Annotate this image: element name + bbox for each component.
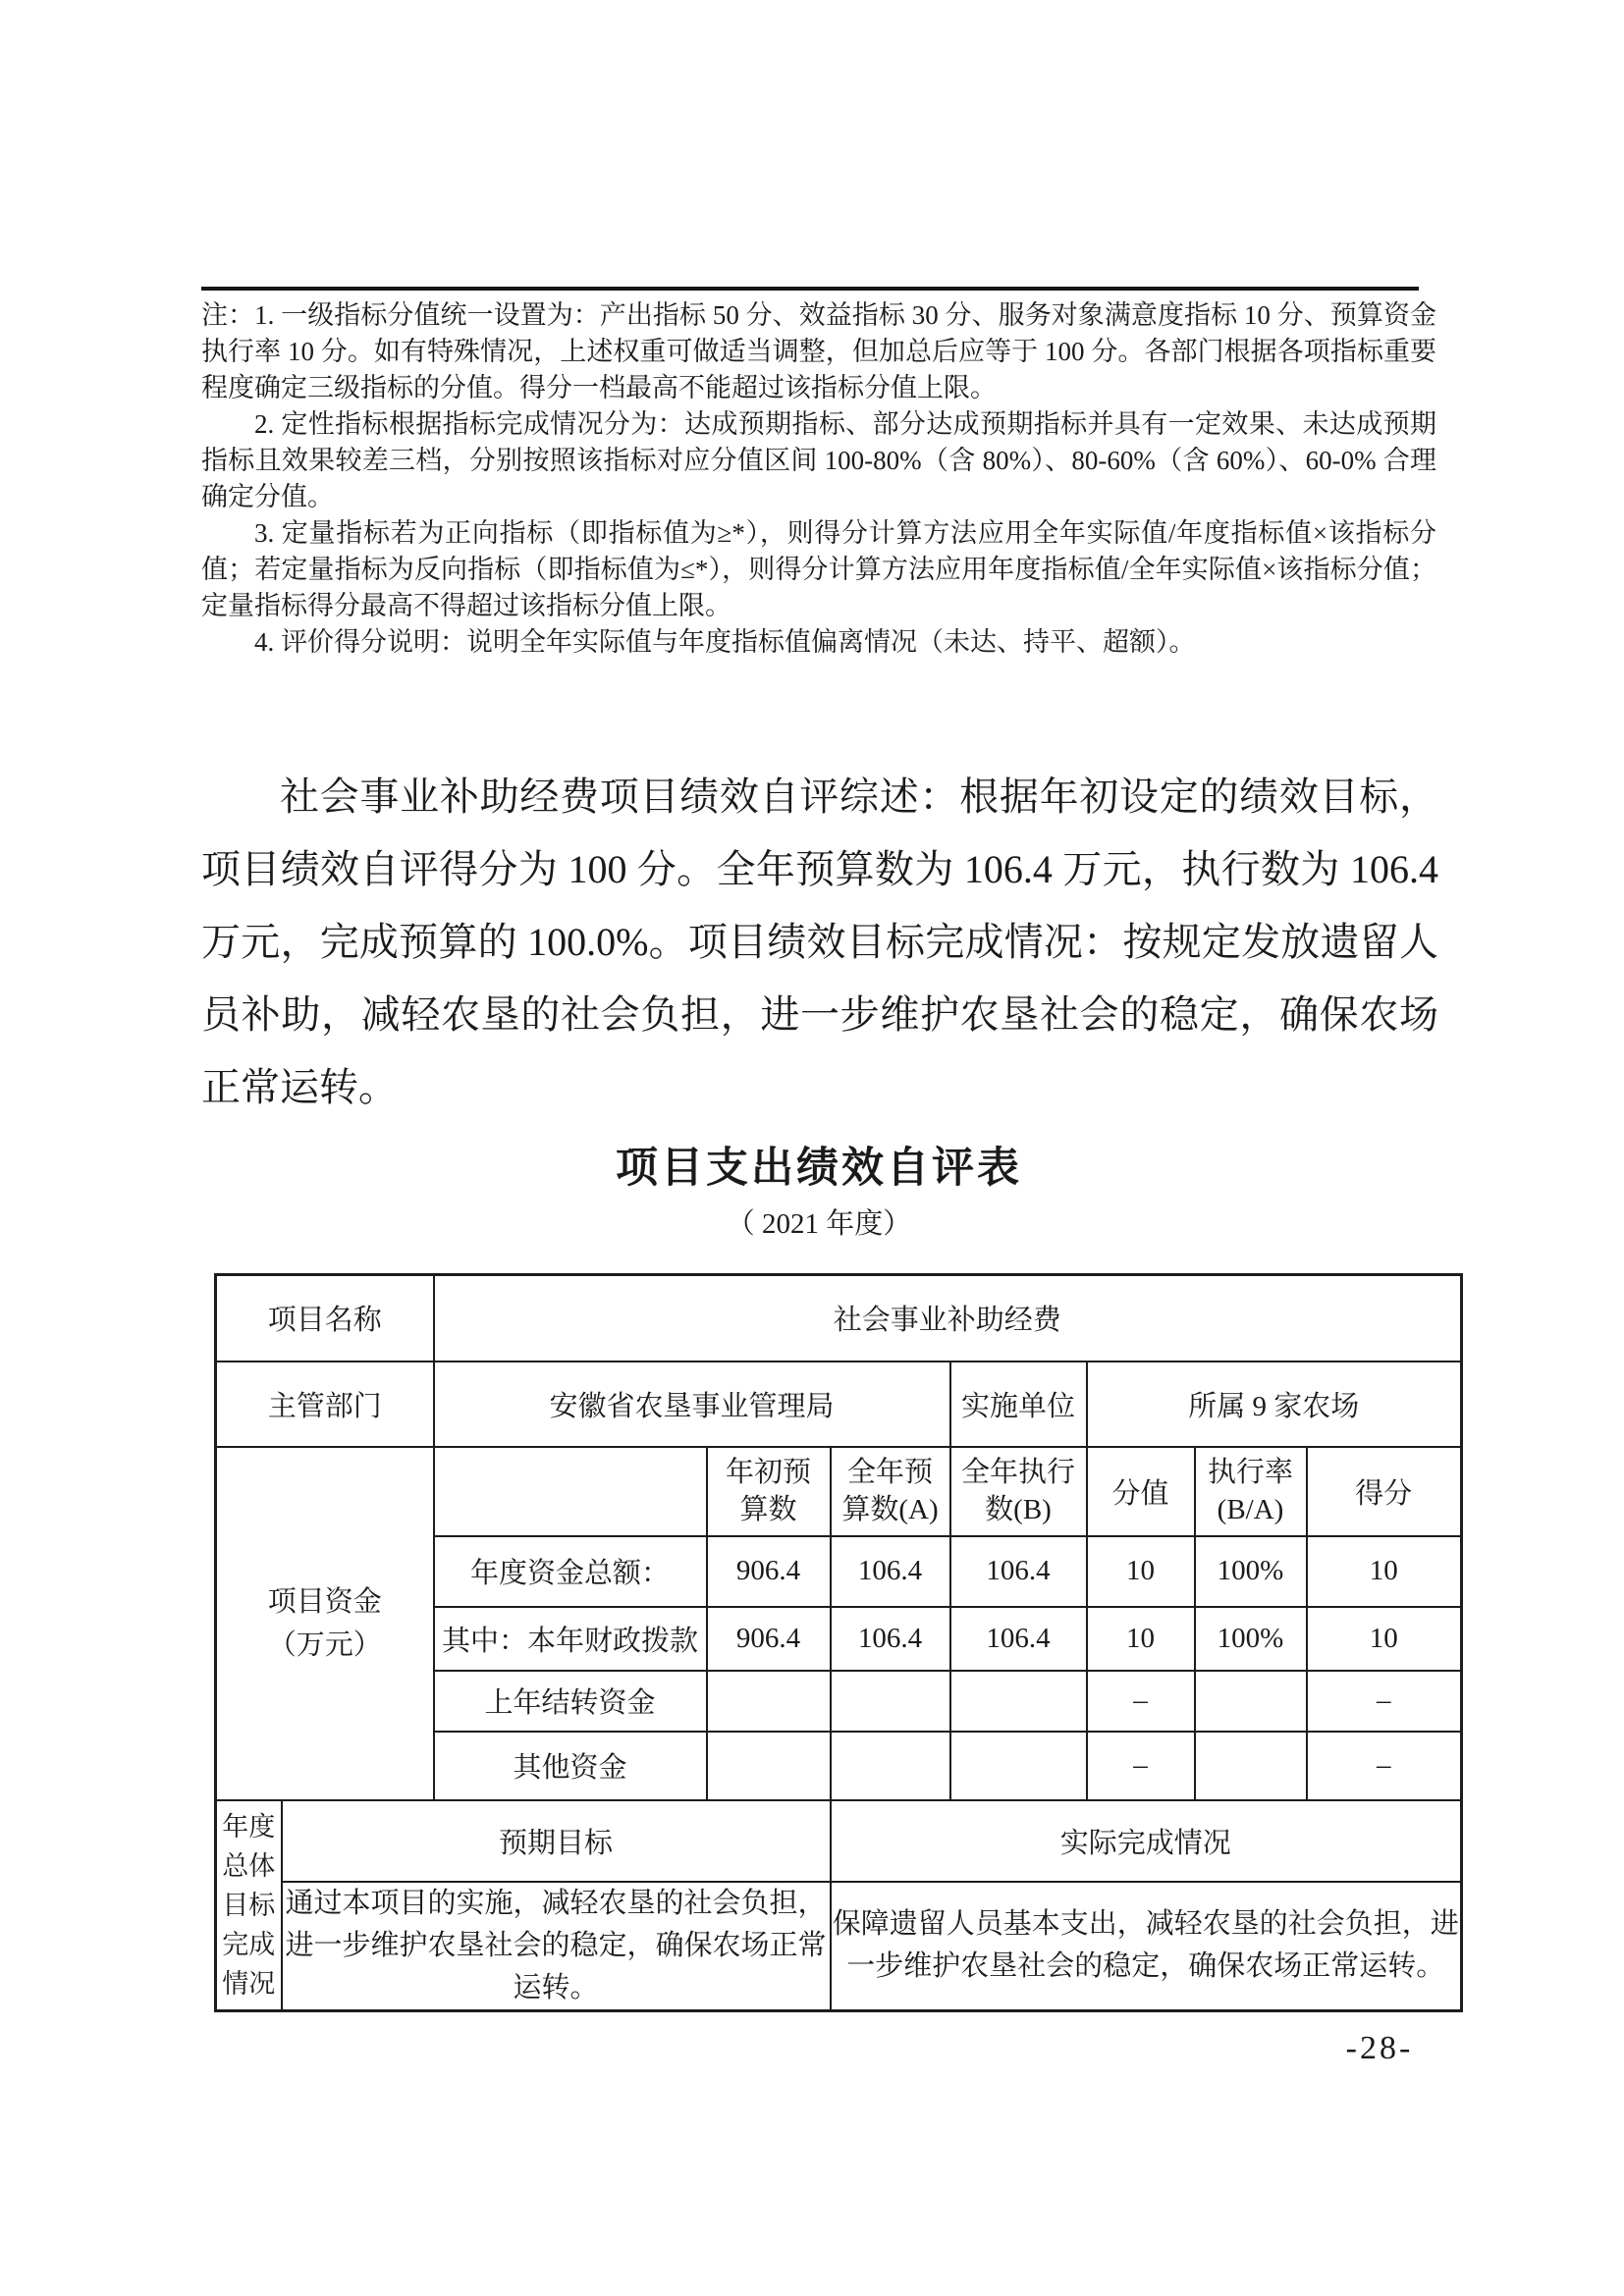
header-initial-budget: 年初预 算数 [707,1447,831,1536]
summary-paragraph: 社会事业补助经费项目绩效自评综述：根据年初设定的绩效目标，项目绩效自评得分为 1… [201,761,1438,1124]
fund-cell-score: – [1307,1671,1462,1732]
fund-row-label: 其中：本年财政拨款 [434,1607,707,1671]
fund-row-label: 年度资金总额： [434,1536,707,1607]
self-evaluation-table: 项目名称 社会事业补助经费 主管部门 安徽省农垦事业管理局 实施单位 所属 9 … [214,1273,1463,2012]
dept-label-cell: 主管部门 [216,1362,434,1447]
project-name-label-cell: 项目名称 [216,1275,434,1362]
table-subtitle: （ 2021 年度） [201,1201,1436,1242]
note-item-2: 2. 定性指标根据指标完成情况分为：达成预期指标、部分达成预期指标并具有一定效果… [201,406,1436,515]
header-rate: 执行率 (B/A) [1195,1447,1307,1536]
fund-cell-annual: 106.4 [831,1607,950,1671]
note-item-3: 3. 定量指标若为正向指标（即指标值为≥*），则得分计算方法应用全年实际值/年度… [201,515,1436,624]
notes-section: 注：1. 一级指标分值统一设置为：产出指标 50 分、效益指标 30 分、服务对… [201,297,1436,661]
expected-text-cell: 通过本项目的实施，减轻农垦的社会负担，进一步维护农垦社会的稳定，确保农场正常运转… [282,1882,831,2011]
fund-cell-points: 10 [1087,1607,1195,1671]
fund-cell-initial: 906.4 [707,1536,831,1607]
summary-section: 社会事业补助经费项目绩效自评综述：根据年初设定的绩效目标，项目绩效自评得分为 1… [201,761,1438,1124]
expected-header-cell: 预期目标 [282,1800,831,1882]
fund-cell-points: – [1087,1732,1195,1800]
annual-goal-label-cell: 年度 总体 目标 完成 情况 [216,1800,282,2011]
row-department: 主管部门 安徽省农垦事业管理局 实施单位 所属 9 家农场 [216,1362,1462,1447]
fund-cell-rate: 100% [1195,1536,1307,1607]
fund-cell-rate [1195,1671,1307,1732]
actual-header-cell: 实际完成情况 [831,1800,1462,1882]
note-item-4: 4. 评价得分说明：说明全年实际值与年度指标值偏离情况（未达、持平、超额）。 [201,624,1436,661]
header-annual-budget: 全年预 算数(A) [831,1447,950,1536]
fund-cell-score: – [1307,1732,1462,1800]
fund-cell-executed [950,1732,1087,1800]
note-item-1: 注：1. 一级指标分值统一设置为：产出指标 50 分、效益指标 30 分、服务对… [201,297,1436,406]
fund-cell-executed: 106.4 [950,1607,1087,1671]
fund-cell-points: – [1087,1671,1195,1732]
document-page: 注：1. 一级指标分值统一设置为：产出指标 50 分、效益指标 30 分、服务对… [0,0,1624,2296]
fund-cell-score: 10 [1307,1536,1462,1607]
fund-row-label: 其他资金 [434,1732,707,1800]
fund-cell-initial [707,1671,831,1732]
impl-value-cell: 所属 9 家农场 [1087,1362,1462,1447]
fund-cell-executed: 106.4 [950,1536,1087,1607]
funds-label-cell: 项目资金 （万元） [216,1447,434,1800]
fund-cell-initial: 906.4 [707,1607,831,1671]
horizontal-rule [201,287,1419,291]
fund-cell-initial [707,1732,831,1800]
dept-value-cell: 安徽省农垦事业管理局 [434,1362,950,1447]
header-executed: 全年执行 数(B) [950,1447,1087,1536]
impl-label-cell: 实施单位 [950,1362,1087,1447]
fund-row-label: 上年结转资金 [434,1671,707,1732]
table-title: 项目支出绩效自评表 [201,1135,1436,1195]
header-points: 分值 [1087,1447,1195,1536]
row-fund-header: 项目资金 （万元） 年初预 算数 全年预 算数(A) 全年执行 数(B) 分值 … [216,1447,1462,1536]
fund-cell-rate: 100% [1195,1607,1307,1671]
actual-text-cell: 保障遗留人员基本支出，减轻农垦的社会负担，进一步维护农垦社会的稳定，确保农场正常… [831,1882,1462,2011]
project-name-value-cell: 社会事业补助经费 [434,1275,1462,1362]
fund-cell-annual: 106.4 [831,1536,950,1607]
page-number: -28- [1316,2030,1443,2067]
row-goal-content: 通过本项目的实施，减轻农垦的社会负担，进一步维护农垦社会的稳定，确保农场正常运转… [216,1882,1462,2011]
fund-cell-executed [950,1671,1087,1732]
row-goal-headers: 年度 总体 目标 完成 情况 预期目标 实际完成情况 [216,1800,1462,1882]
header-score: 得分 [1307,1447,1462,1536]
fund-cell-points: 10 [1087,1536,1195,1607]
fund-cell-annual [831,1732,950,1800]
fund-header-blank-cell [434,1447,707,1536]
fund-cell-score: 10 [1307,1607,1462,1671]
fund-cell-rate [1195,1732,1307,1800]
row-project-name: 项目名称 社会事业补助经费 [216,1275,1462,1362]
fund-cell-annual [831,1671,950,1732]
